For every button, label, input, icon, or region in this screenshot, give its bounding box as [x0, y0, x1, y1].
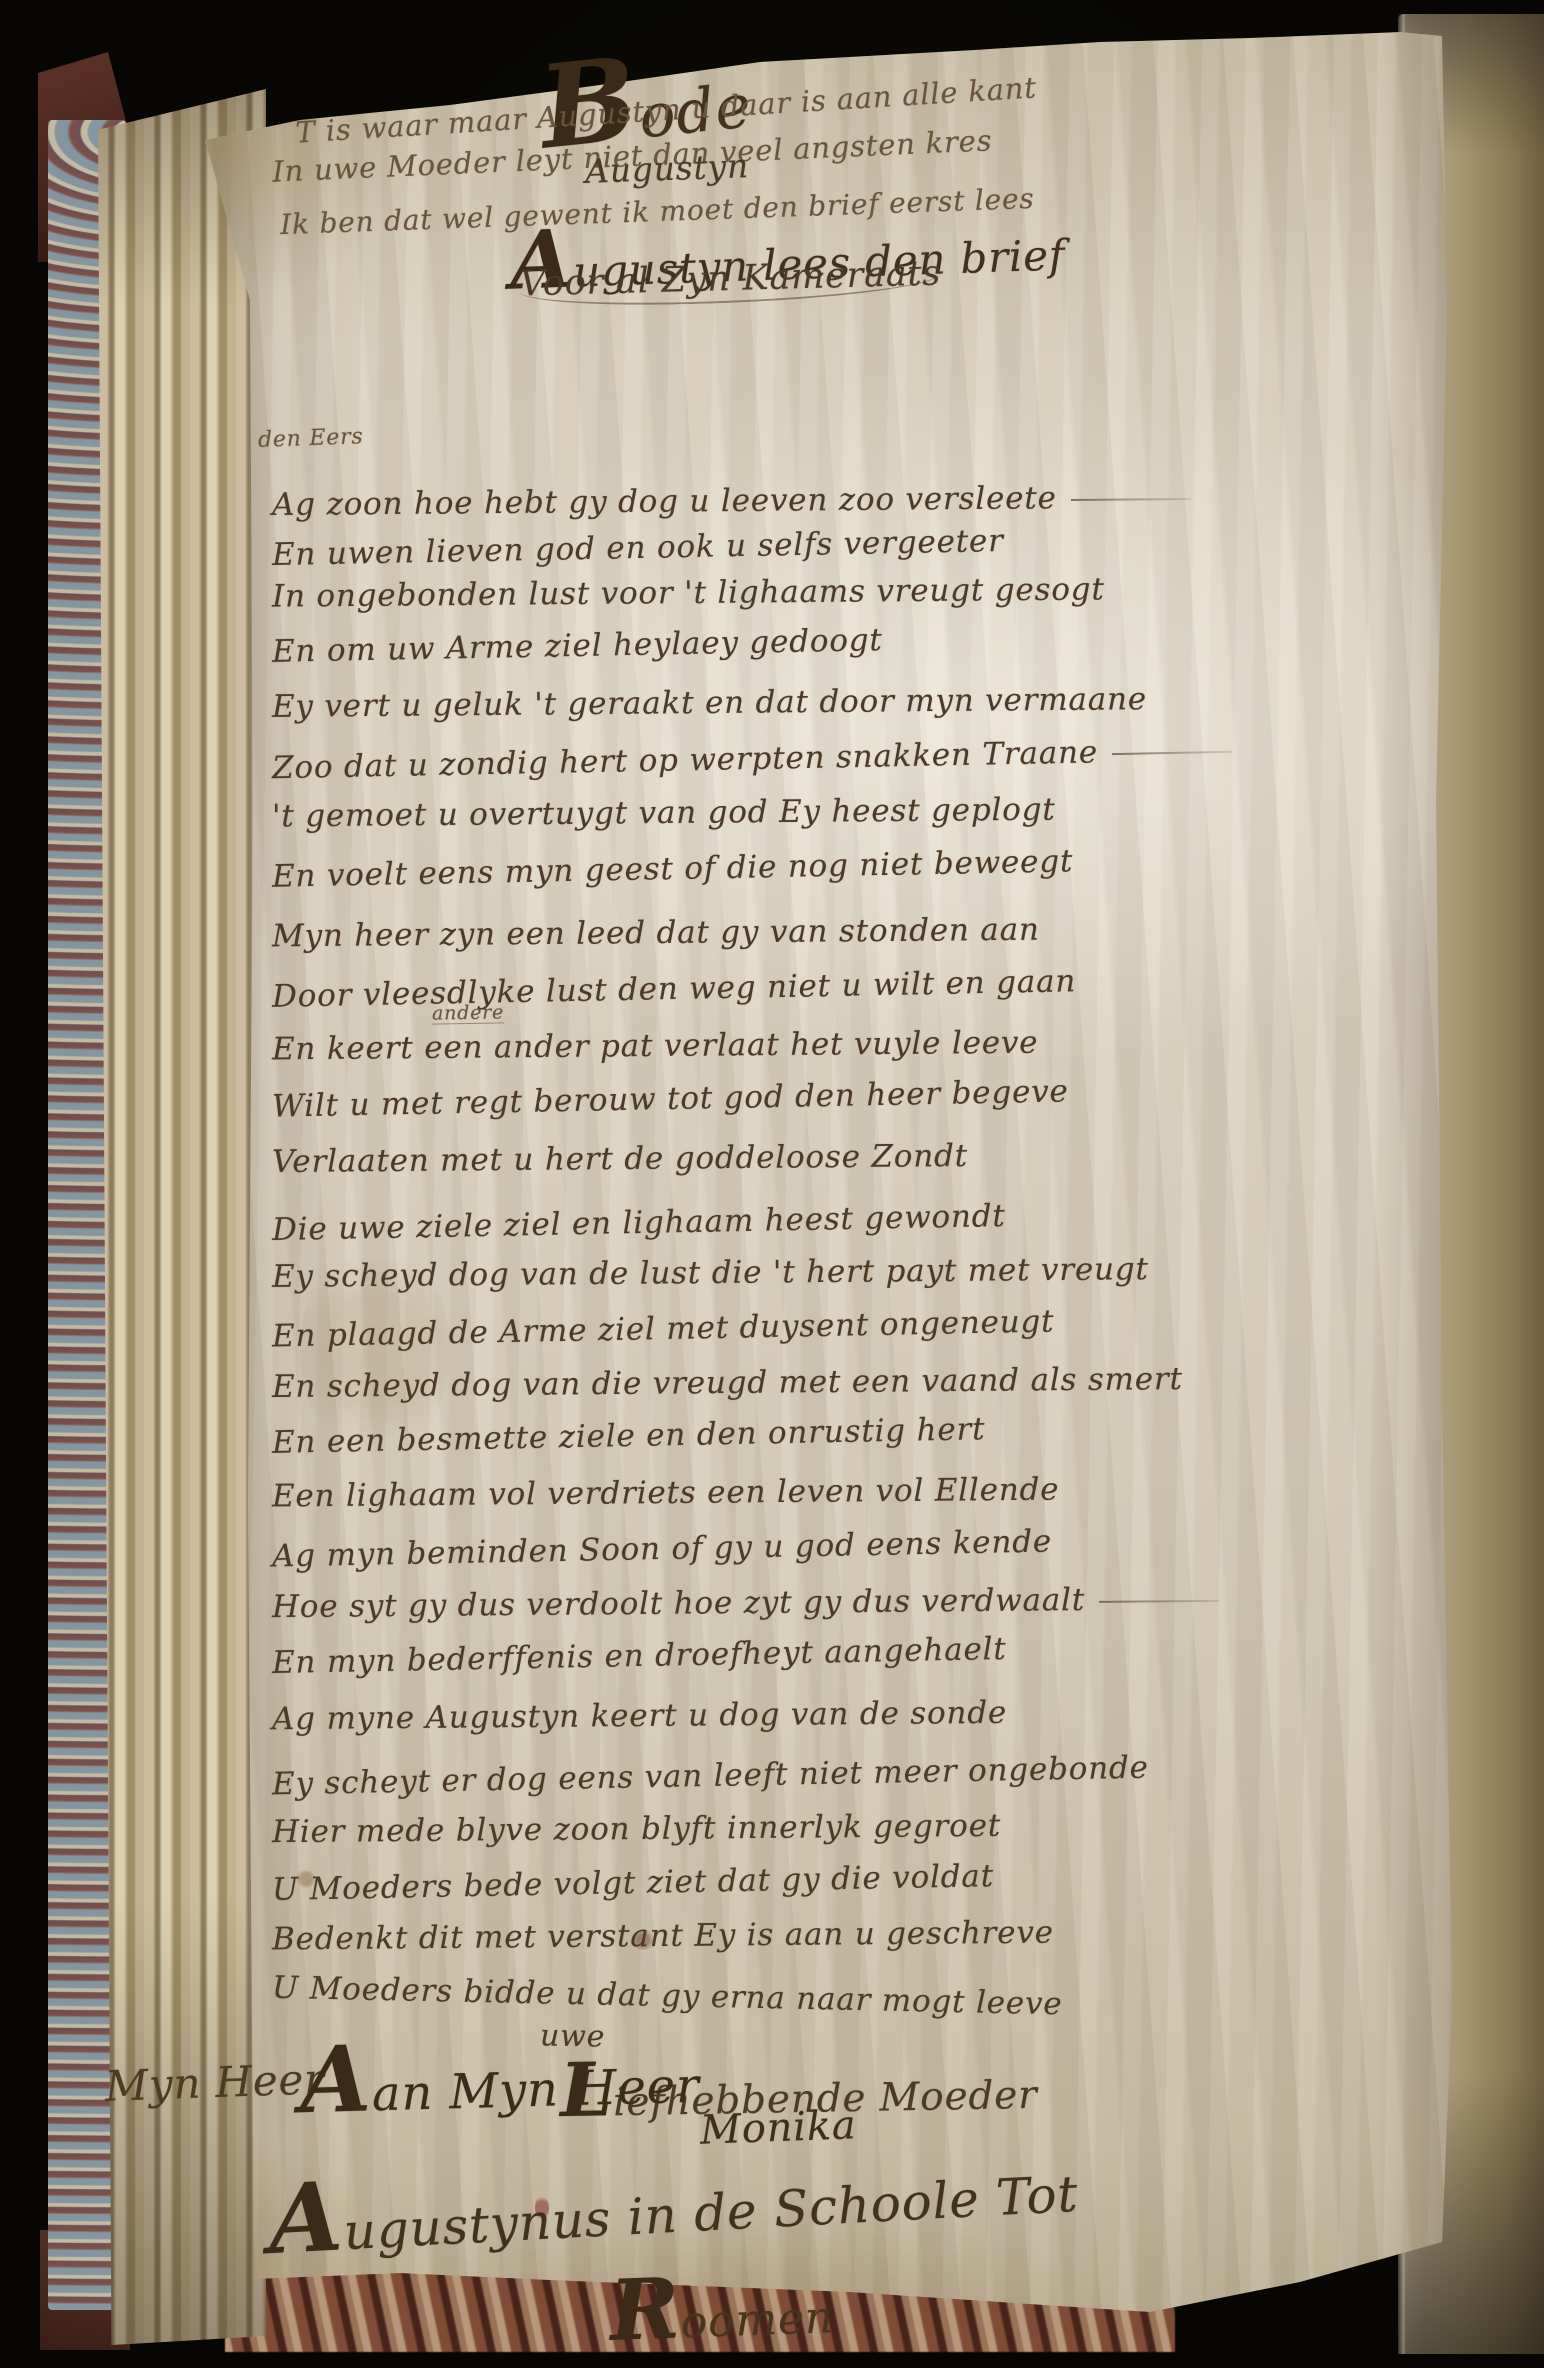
- verse-line: Hoe syt gy dus verdoolt hoe zyt gy dus v…: [272, 1584, 1219, 1623]
- verse-line: Myn heer zyn een leed dat gy van stonden…: [272, 915, 1040, 953]
- verse-line: Ag myne Augustyn keert u dog van de sond…: [272, 1698, 1007, 1735]
- verse-line: Bedenkt dit met verstant Ey is aan u ges…: [272, 1918, 1054, 1956]
- verse-line: Ag zoon hoe hebt gy dog u leeven zoo ver…: [272, 482, 1191, 521]
- verse-line: In ongebonden lust voor 't lighaams vreu…: [272, 574, 1105, 612]
- inserted-word: andere: [432, 1003, 504, 1024]
- margin-note: den Eers: [258, 426, 364, 452]
- verse-line: Ey vert u geluk 't geraakt en dat door m…: [272, 684, 1147, 723]
- photograph-of-manuscript: Bode T is waar maar Augustyn u daar is a…: [0, 0, 1544, 2368]
- place-roomen: Roomen: [609, 2262, 835, 2353]
- verse-line: Verlaaten met u hert de goddeloose Zondt: [272, 1141, 968, 1178]
- verse-line: En keert een ander pat verlaat het vuyle…: [272, 1028, 1039, 1066]
- address-myn-heer-left: Myn Heer: [104, 2058, 325, 2108]
- header-name: Augustyn: [584, 149, 749, 188]
- verse-line: Een lighaam vol verdriets een leven vol …: [272, 1475, 1060, 1513]
- verse-line: En scheyd dog van die vreugd met een vaa…: [272, 1364, 1183, 1403]
- verse-line: Ey scheyd dog van de lust die 't hert pa…: [272, 1254, 1149, 1293]
- verse-line: Hier mede blyve zoon blyft innerlyk gegr…: [272, 1811, 1001, 1848]
- verse-line: 't gemoet u overtuygt van god Ey heest g…: [272, 795, 1056, 833]
- stacked-page-edges: [98, 80, 266, 2345]
- address-aan-myn-heer: Aan Myn Heer: [299, 2025, 700, 2127]
